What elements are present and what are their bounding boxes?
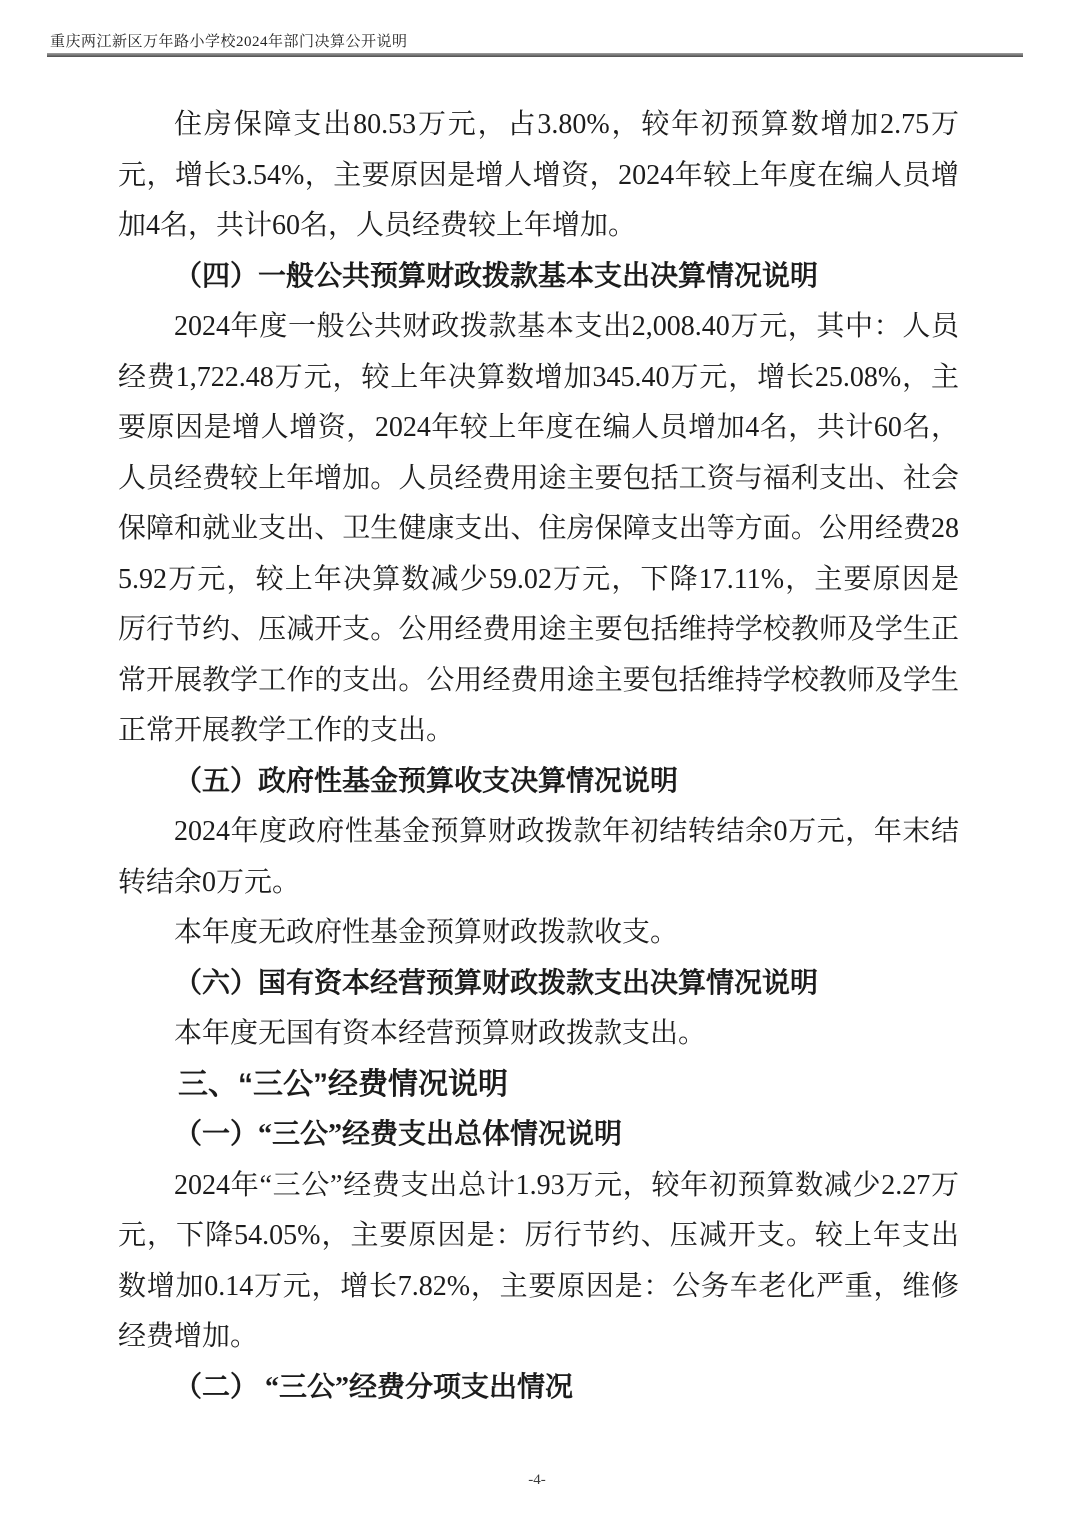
document-body: 住房保障支出80.53万元，占3.80%，较年初预算数增加2.75万元，增长3.… <box>118 100 959 1413</box>
section-heading-5: （五）政府性基金预算收支决算情况说明 <box>118 757 959 808</box>
paragraph-housing-expense: 住房保障支出80.53万元，占3.80%，较年初预算数增加2.75万元，增长3.… <box>118 100 959 252</box>
page-number: -4- <box>528 1472 546 1488</box>
section-heading-2: （二） “三公”经费分项支出情况 <box>118 1363 959 1414</box>
section-heading-6: （六）国有资本经营预算财政拨款支出决算情况说明 <box>118 959 959 1010</box>
section-heading-4: （四）一般公共预算财政拨款基本支出决算情况说明 <box>118 252 959 303</box>
header-rule <box>47 53 1023 57</box>
paragraph-no-fund-activity: 本年度无政府性基金预算财政拨款收支。 <box>118 908 959 959</box>
section-heading-1: （一）“三公”经费支出总体情况说明 <box>118 1110 959 1161</box>
document-page: 重庆两江新区万年路小学校2024年部门决算公开说明 住房保障支出80.53万元，… <box>0 0 1074 1520</box>
page-footer: -4- <box>0 1472 1074 1489</box>
header-title: 重庆两江新区万年路小学校2024年部门决算公开说明 <box>50 30 408 51</box>
paragraph-basic-expenditure: 2024年度一般公共财政拨款基本支出2,008.40万元，其中：人员经费1,72… <box>118 302 959 757</box>
paragraph-government-fund: 2024年度政府性基金预算财政拨款年初结转结余0万元，年末结转结余0万元。 <box>118 807 959 908</box>
paragraph-no-state-capital: 本年度无国有资本经营预算财政拨款支出。 <box>118 1009 959 1060</box>
chapter-heading-three-public-funds: 三、“三公”经费情况说明 <box>118 1060 959 1111</box>
paragraph-three-public-total: 2024年“三公”经费支出总计1.93万元，较年初预算数减少2.27万元，下降5… <box>118 1161 959 1363</box>
